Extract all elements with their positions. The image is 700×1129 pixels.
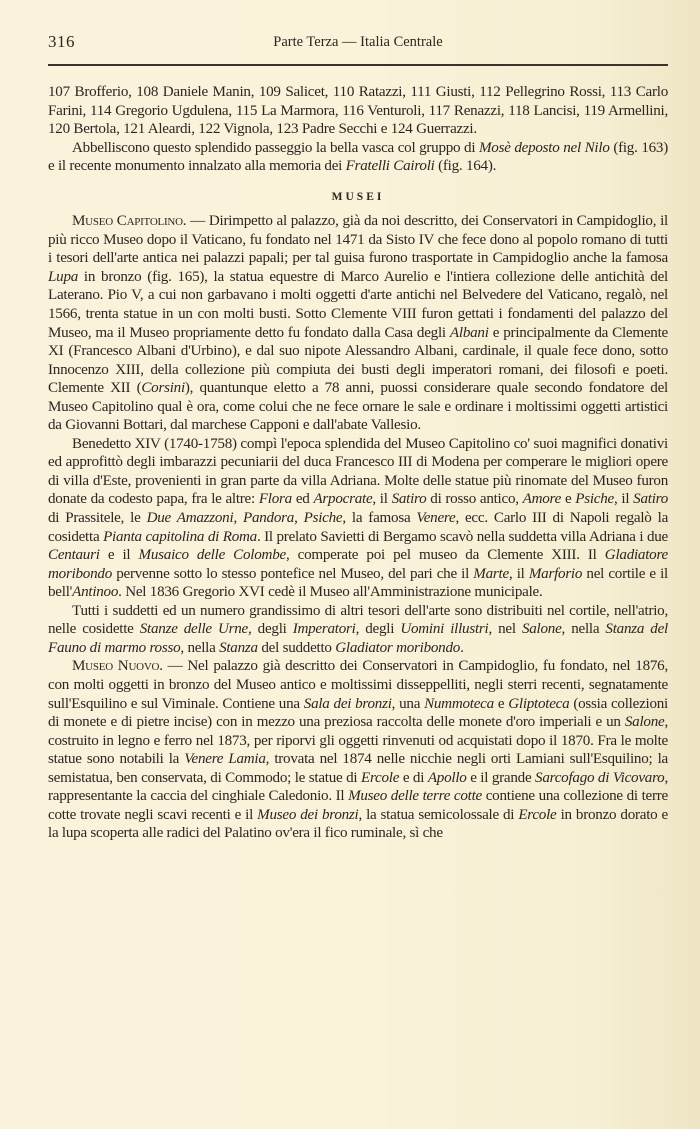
italic-title: Stanze delle Urne <box>140 621 248 637</box>
run-in-heading: Museo Capitolino. <box>72 213 186 229</box>
italic-title: Pandora <box>243 510 294 526</box>
italic-title: Centauri <box>48 547 100 563</box>
italic-title: Stanza <box>219 640 258 656</box>
italic-title: Psiche <box>304 510 343 526</box>
paragraph-tutti-i-suddetti: Tutti i suddetti ed un numero grandissim… <box>48 602 668 658</box>
paragraph-benedetto-xiv: Benedetto XIV (1740-1758) compì l'epoca … <box>48 435 668 602</box>
italic-title: Ercole <box>361 770 399 786</box>
running-head: 316 Parte Terza — Italia Centrale <box>48 30 668 56</box>
italic-title: Salone <box>522 621 562 637</box>
italic-title: Gliptoteca <box>508 696 569 712</box>
italic-title: Satiro <box>633 491 668 507</box>
italic-title: Venere <box>416 510 455 526</box>
italic-title: Nummoteca <box>424 696 494 712</box>
italic-title: Psiche <box>575 491 614 507</box>
italic-title: Flora <box>259 491 292 507</box>
italic-title: Sarcofago di Vicovaro <box>535 770 664 786</box>
italic-title: Venere Lamia <box>184 751 265 767</box>
italic-title: Uomini illustri <box>400 621 488 637</box>
italic-title: Marforio <box>529 566 582 582</box>
book-page: 316 Parte Terza — Italia Centrale 107 Br… <box>48 30 668 843</box>
section-heading-musei: MUSEI <box>48 188 668 207</box>
italic-title: Antinoo <box>72 584 118 600</box>
header-rule <box>48 64 668 66</box>
italic-title: Ercole <box>518 807 556 823</box>
italic-title: Pianta capitolina di Roma <box>103 529 257 545</box>
italic-title: Mosè deposto nel Nilo <box>479 140 610 156</box>
italic-title: Arpocrate <box>313 491 372 507</box>
italic-title: Salone <box>625 714 665 730</box>
italic-title: Albani <box>450 325 489 341</box>
italic-title: Gladiator moribondo <box>335 640 460 656</box>
italic-title: Satiro <box>392 491 427 507</box>
italic-title: Due Amazzoni <box>147 510 234 526</box>
italic-title: Fratelli Cairoli <box>346 158 435 174</box>
italic-title: Museo delle terre cotte <box>348 788 482 804</box>
italic-title: Musaico delle Colombe <box>139 547 286 563</box>
body-text: 107 Brofferio, 108 Daniele Manin, 109 Sa… <box>48 83 668 843</box>
paragraph-museo-capitolino: Museo Capitolino. — Dirimpetto al palazz… <box>48 212 668 435</box>
running-title: Parte Terza — Italia Centrale <box>48 34 668 51</box>
italic-title: Corsini <box>141 380 185 396</box>
italic-title: Museo dei bronzi <box>257 807 358 823</box>
italic-title: Apollo <box>428 770 467 786</box>
paragraph: Abbelliscono questo splendido passeggio … <box>48 139 668 176</box>
italic-title: Imperatori <box>293 621 356 637</box>
italic-title: Marte <box>473 566 509 582</box>
run-in-heading: Museo Nuovo. <box>72 658 163 674</box>
italic-title: Lupa <box>48 269 78 285</box>
paragraph: 107 Brofferio, 108 Daniele Manin, 109 Sa… <box>48 83 668 139</box>
italic-title: Amore <box>523 491 561 507</box>
italic-title: Sala dei bronzi <box>304 696 392 712</box>
paragraph-museo-nuovo: Museo Nuovo. — Nel palazzo già descritto… <box>48 657 668 842</box>
